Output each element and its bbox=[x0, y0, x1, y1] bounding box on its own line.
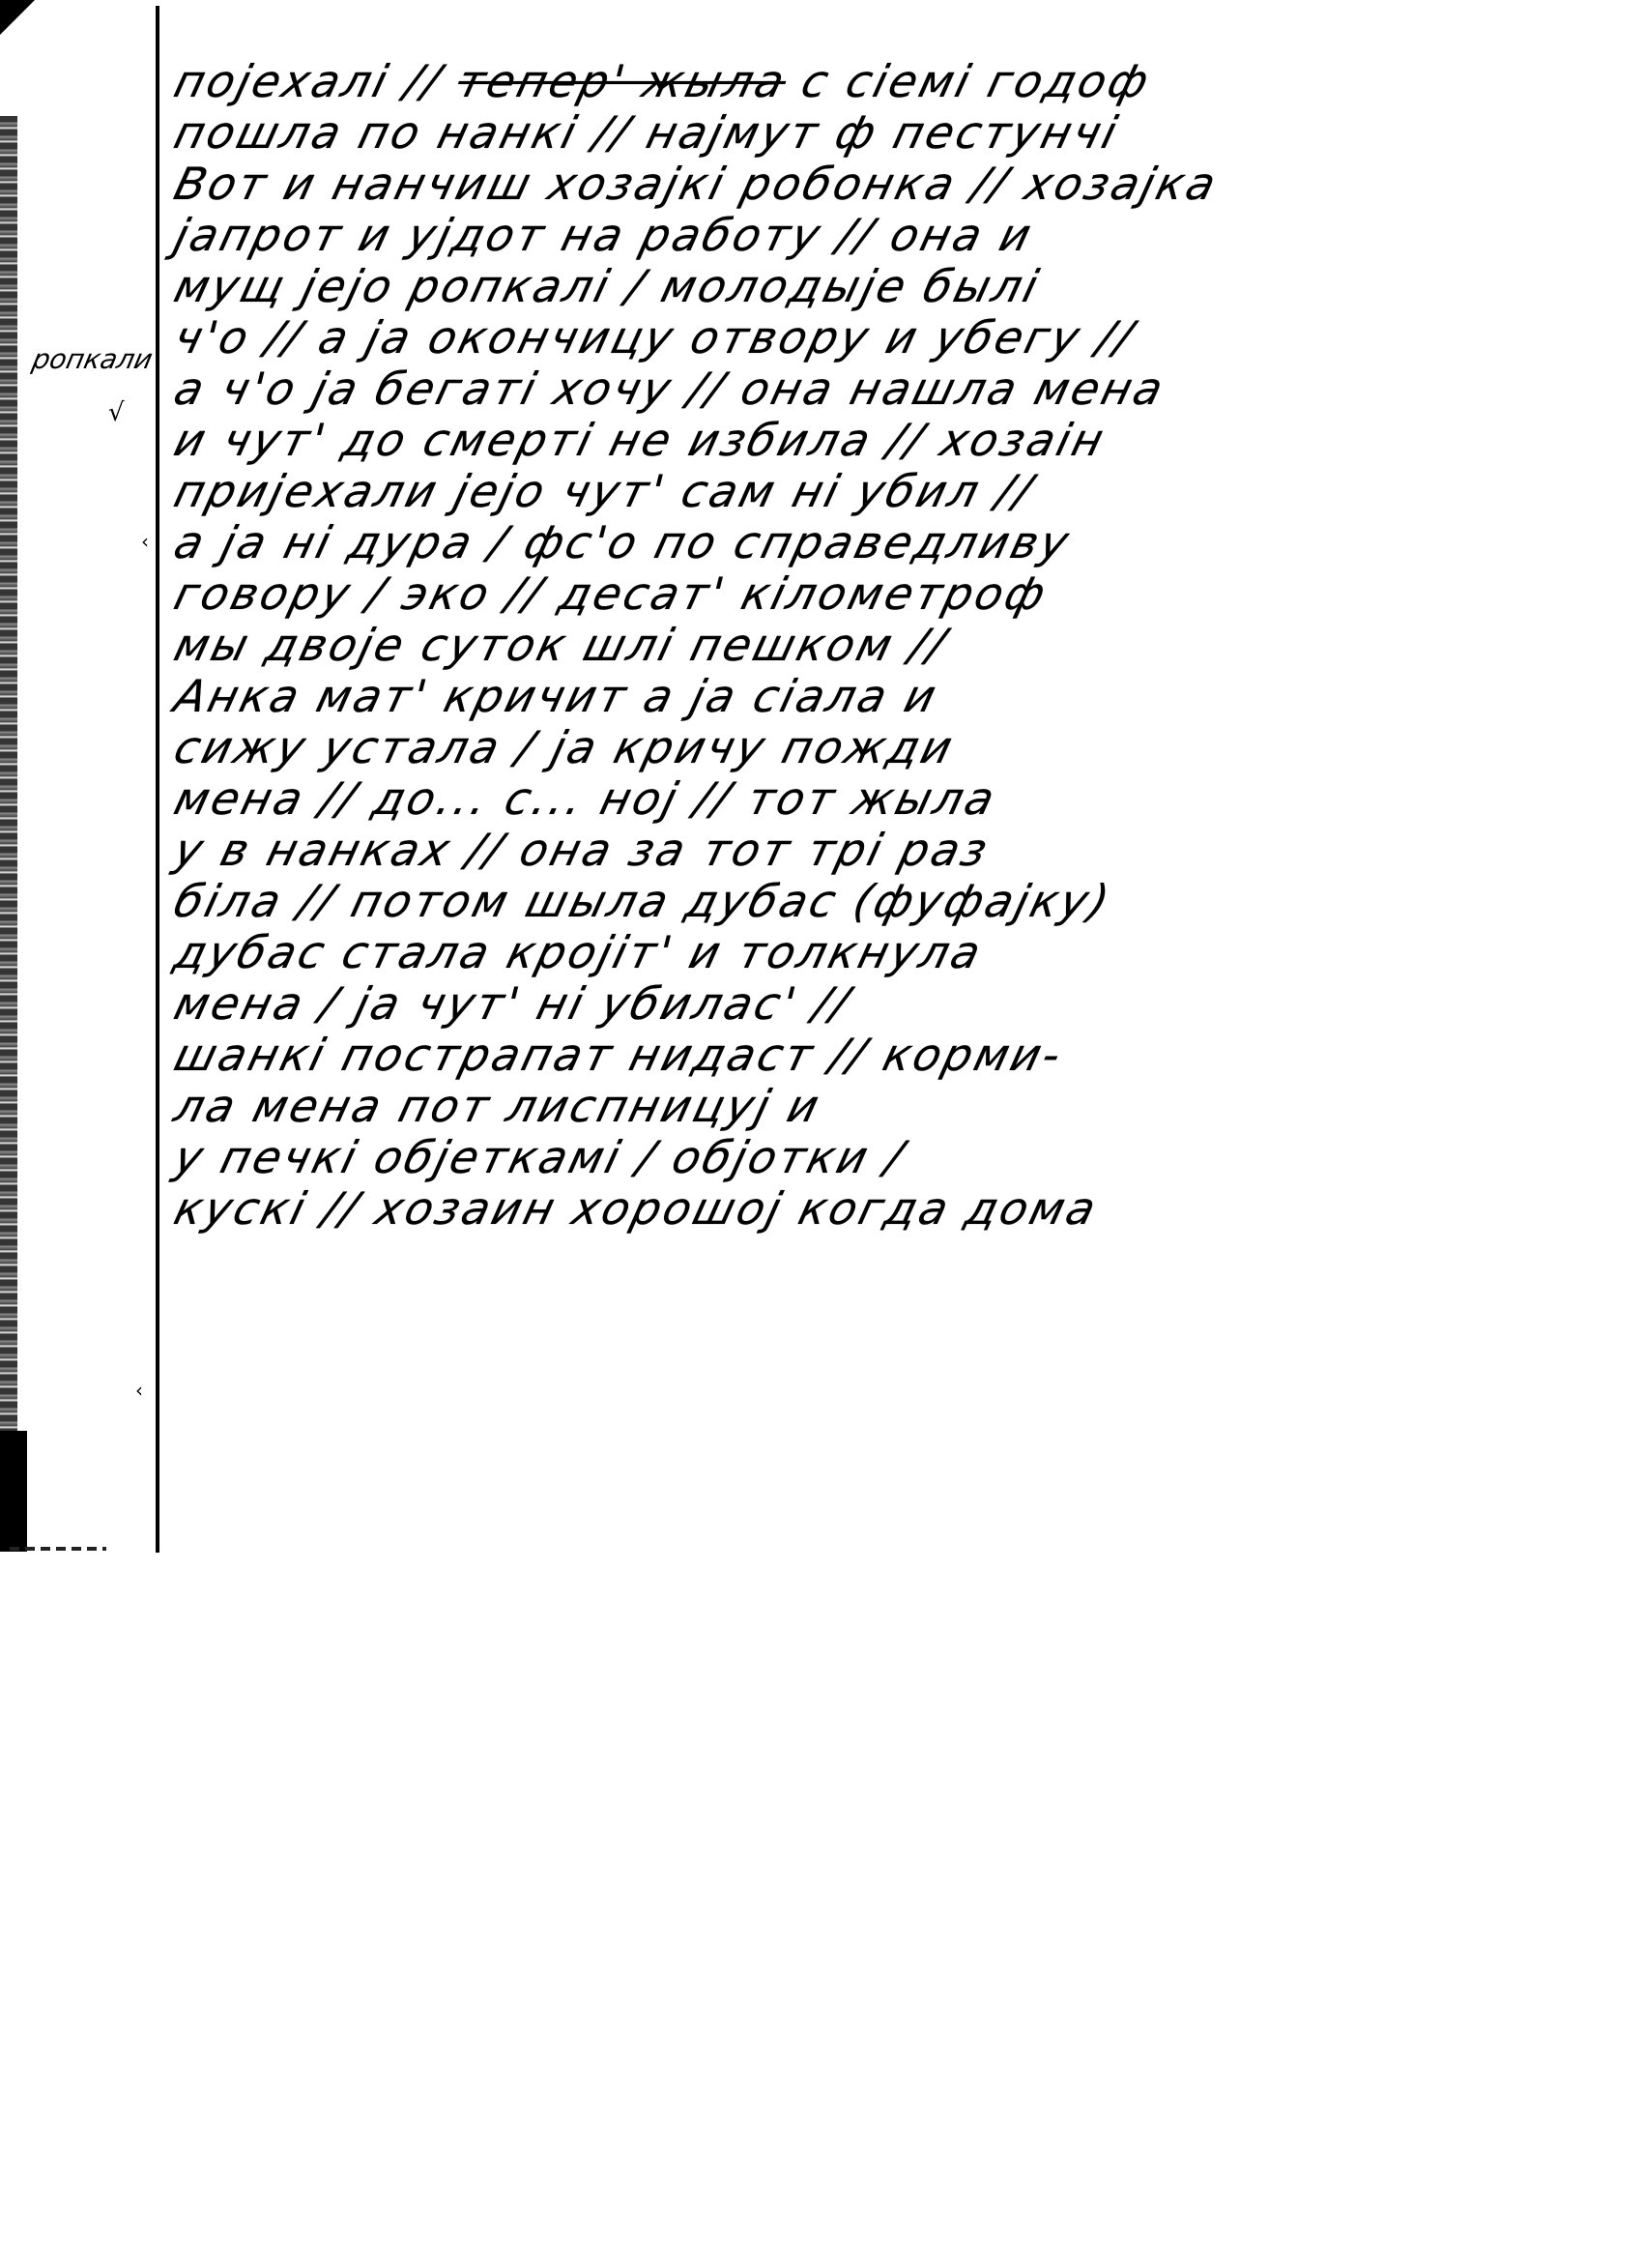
text-line: Анка мат' кричит а ја сіала и bbox=[169, 671, 1554, 722]
struck-through-text: тепер' жыла bbox=[452, 55, 793, 107]
text-line: сижу устала / ја кричу пожди bbox=[169, 722, 1554, 773]
text-line: пошла по нанкі // најмут ф пестунчі bbox=[169, 107, 1554, 159]
text-line: јапрот и ујдот на работу // она и bbox=[169, 210, 1554, 261]
text-line: говору / эко // десат' кілометроф bbox=[169, 568, 1554, 620]
text-line: мы двоје суток шлі пешком // bbox=[169, 620, 1554, 671]
text-segment: с сіемі годоф bbox=[779, 55, 1156, 107]
text-line: шанкі пострапат нидаст // корми- bbox=[169, 1030, 1554, 1081]
text-line: біла // потом шыла дубас (фуфајку) bbox=[169, 876, 1554, 927]
handwritten-text-body: појехалі // тепер' жыла с сіемі годоф по… bbox=[169, 56, 1542, 1235]
scan-corner-shadow bbox=[0, 0, 35, 35]
text-line: ла мена пот лиспницуј и bbox=[169, 1081, 1554, 1132]
text-segment: појехалі // bbox=[169, 55, 466, 107]
text-line: Вот и нанчиш хозајкі робонка // хозајка bbox=[169, 159, 1554, 210]
text-line: а ја ні дура / фс'о по справедливу bbox=[169, 517, 1554, 568]
margin-note: ропкали bbox=[29, 343, 155, 375]
text-line: дубас стала кројіт' и толкнула bbox=[169, 927, 1554, 978]
text-line: и чут' до смерті не избила // хозаін bbox=[169, 415, 1554, 466]
text-line: а ч'о ја бегаті хочу // она нашла мена bbox=[169, 363, 1554, 415]
text-line: у в нанках // она за тот трі раз bbox=[169, 825, 1554, 876]
text-line: појехалі // тепер' жыла с сіемі годоф bbox=[169, 56, 1554, 107]
manuscript-page: ропкали √ ‹ ‹ појехалі // тепер' жыла с … bbox=[0, 0, 1643, 2268]
text-line: мена / ја чут' ні убилас' // bbox=[169, 978, 1554, 1030]
scan-edge-shadow-bottom bbox=[0, 1431, 27, 1552]
margin-tick-icon: ‹ bbox=[135, 1379, 143, 1402]
text-line: ч'о // а ја окончицу отвору и убегу // bbox=[169, 312, 1554, 363]
scan-edge-shadow bbox=[0, 116, 17, 1547]
text-line: мущ јејо ропкалі / молодыје былі bbox=[169, 261, 1554, 312]
scan-smudge bbox=[10, 1547, 106, 1551]
margin-rule-line bbox=[156, 6, 159, 1553]
text-line: кускі // хозаин хорошој когда дома bbox=[169, 1183, 1554, 1235]
text-line: мена // до... с... ној // тот жыла bbox=[169, 773, 1554, 825]
text-line: у печкі објеткамі / објотки / bbox=[169, 1132, 1554, 1183]
check-mark-icon: √ bbox=[108, 398, 125, 427]
margin-tick-icon: ‹ bbox=[141, 530, 149, 553]
text-line: пријехали јејо чут' сам ні убил // bbox=[169, 466, 1554, 517]
